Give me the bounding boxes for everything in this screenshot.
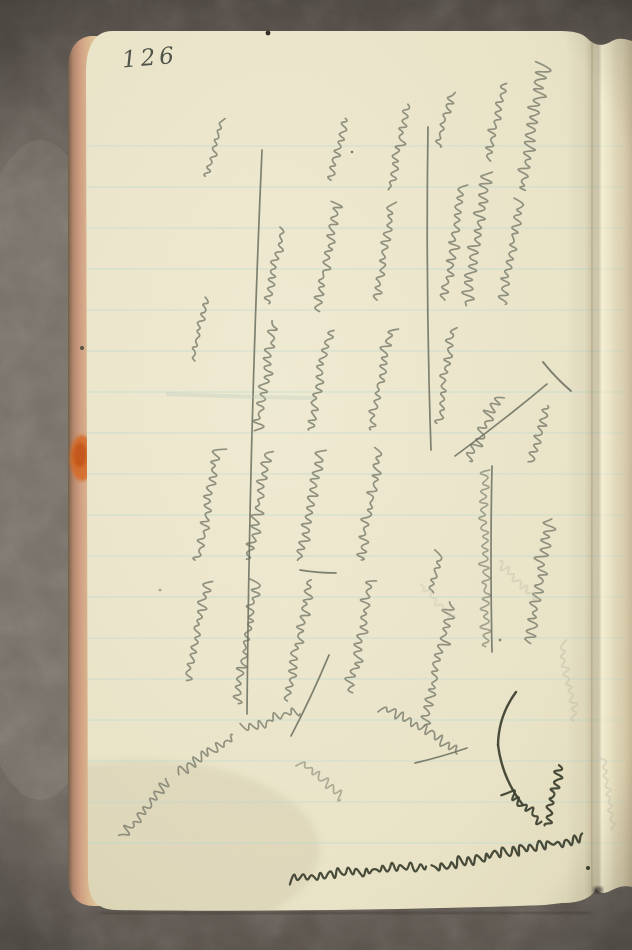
vignette xyxy=(0,0,632,950)
notebook-photo: 126 xyxy=(0,0,632,950)
notebook-scan: 126 xyxy=(0,0,632,950)
